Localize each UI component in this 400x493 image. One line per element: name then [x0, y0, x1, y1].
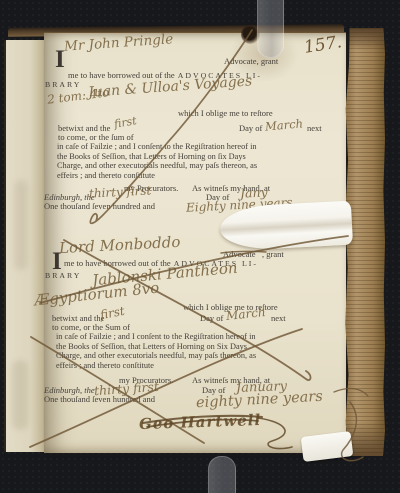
form2-due-month: March	[225, 305, 266, 323]
form2-advocate-struck: Advocate	[223, 250, 256, 259]
form2-grant-label: , grant	[262, 250, 284, 259]
form2-signature: Geo Hartwell	[139, 411, 262, 433]
form1-betwixt-entry: first	[113, 114, 138, 131]
form2-betwixt-entry: first	[99, 304, 126, 322]
form2-charge-line: Charge, and other executorials needful, …	[56, 351, 256, 361]
form1-day-of-label: Day of	[239, 124, 262, 133]
form1-advocate-grant: Advocate, grant	[224, 57, 278, 66]
form2-session-line: the Books of Seſſion, that Letters of Ho…	[56, 342, 256, 352]
form1-due-month: March	[264, 116, 303, 133]
form2-constitute-line: effeirs ; and thereto conſtitute	[56, 361, 256, 371]
form1-oblige-line: which I oblige me to reſtore	[178, 109, 273, 118]
form2-borrower-name: Lord Monboddo	[59, 233, 181, 257]
form1-session-line: the Books of Seſſion, that Letters of Ho…	[57, 152, 257, 162]
form1-thousand-line: One thouſand ſeven hundred and	[44, 202, 155, 211]
form1-charge-line: Charge, and other executorials needful, …	[57, 161, 257, 171]
form1-failzie-line: in caſe of Failzie ; and I conſent to th…	[57, 142, 257, 152]
open-book: 157. I Mr John Pringle Advocate, grant m…	[4, 26, 385, 458]
form1-next-label: next	[307, 124, 322, 133]
form2-sum-line: to come, or the Sum of	[52, 323, 130, 332]
form1-initial: I	[55, 47, 65, 72]
photo-of-library-register: { "colors": { "background": "#17181b", "…	[0, 0, 400, 493]
form1-day-entry: thirty first	[89, 183, 152, 200]
page-number: 157.	[303, 32, 344, 58]
form1-constitute-line: effeirs ; and thereto conſtitute	[57, 171, 257, 181]
form2-thousand-line: One thouſand ſeven hundred and	[44, 395, 155, 404]
form2-day-of-label: Day of	[200, 314, 223, 323]
page-holder-strip-bottom	[208, 456, 236, 493]
form2-failzie-line: in caſe of Failzie ; and I conſent to th…	[56, 332, 256, 342]
form1-legal-paragraph: in caſe of Failzie ; and I conſent to th…	[57, 142, 257, 180]
form2-legal-paragraph: in caſe of Failzie ; and I conſent to th…	[56, 332, 256, 370]
form2-next-label: next	[271, 314, 286, 323]
form1-borrower-name: Mr John Pringle	[64, 31, 174, 55]
page-holder-strip-top	[257, 0, 284, 58]
form2-brary-label: BRARY	[45, 272, 81, 281]
white-corner-slip	[301, 431, 354, 462]
form1-sum-line: to come, or the ſum of	[58, 133, 134, 142]
